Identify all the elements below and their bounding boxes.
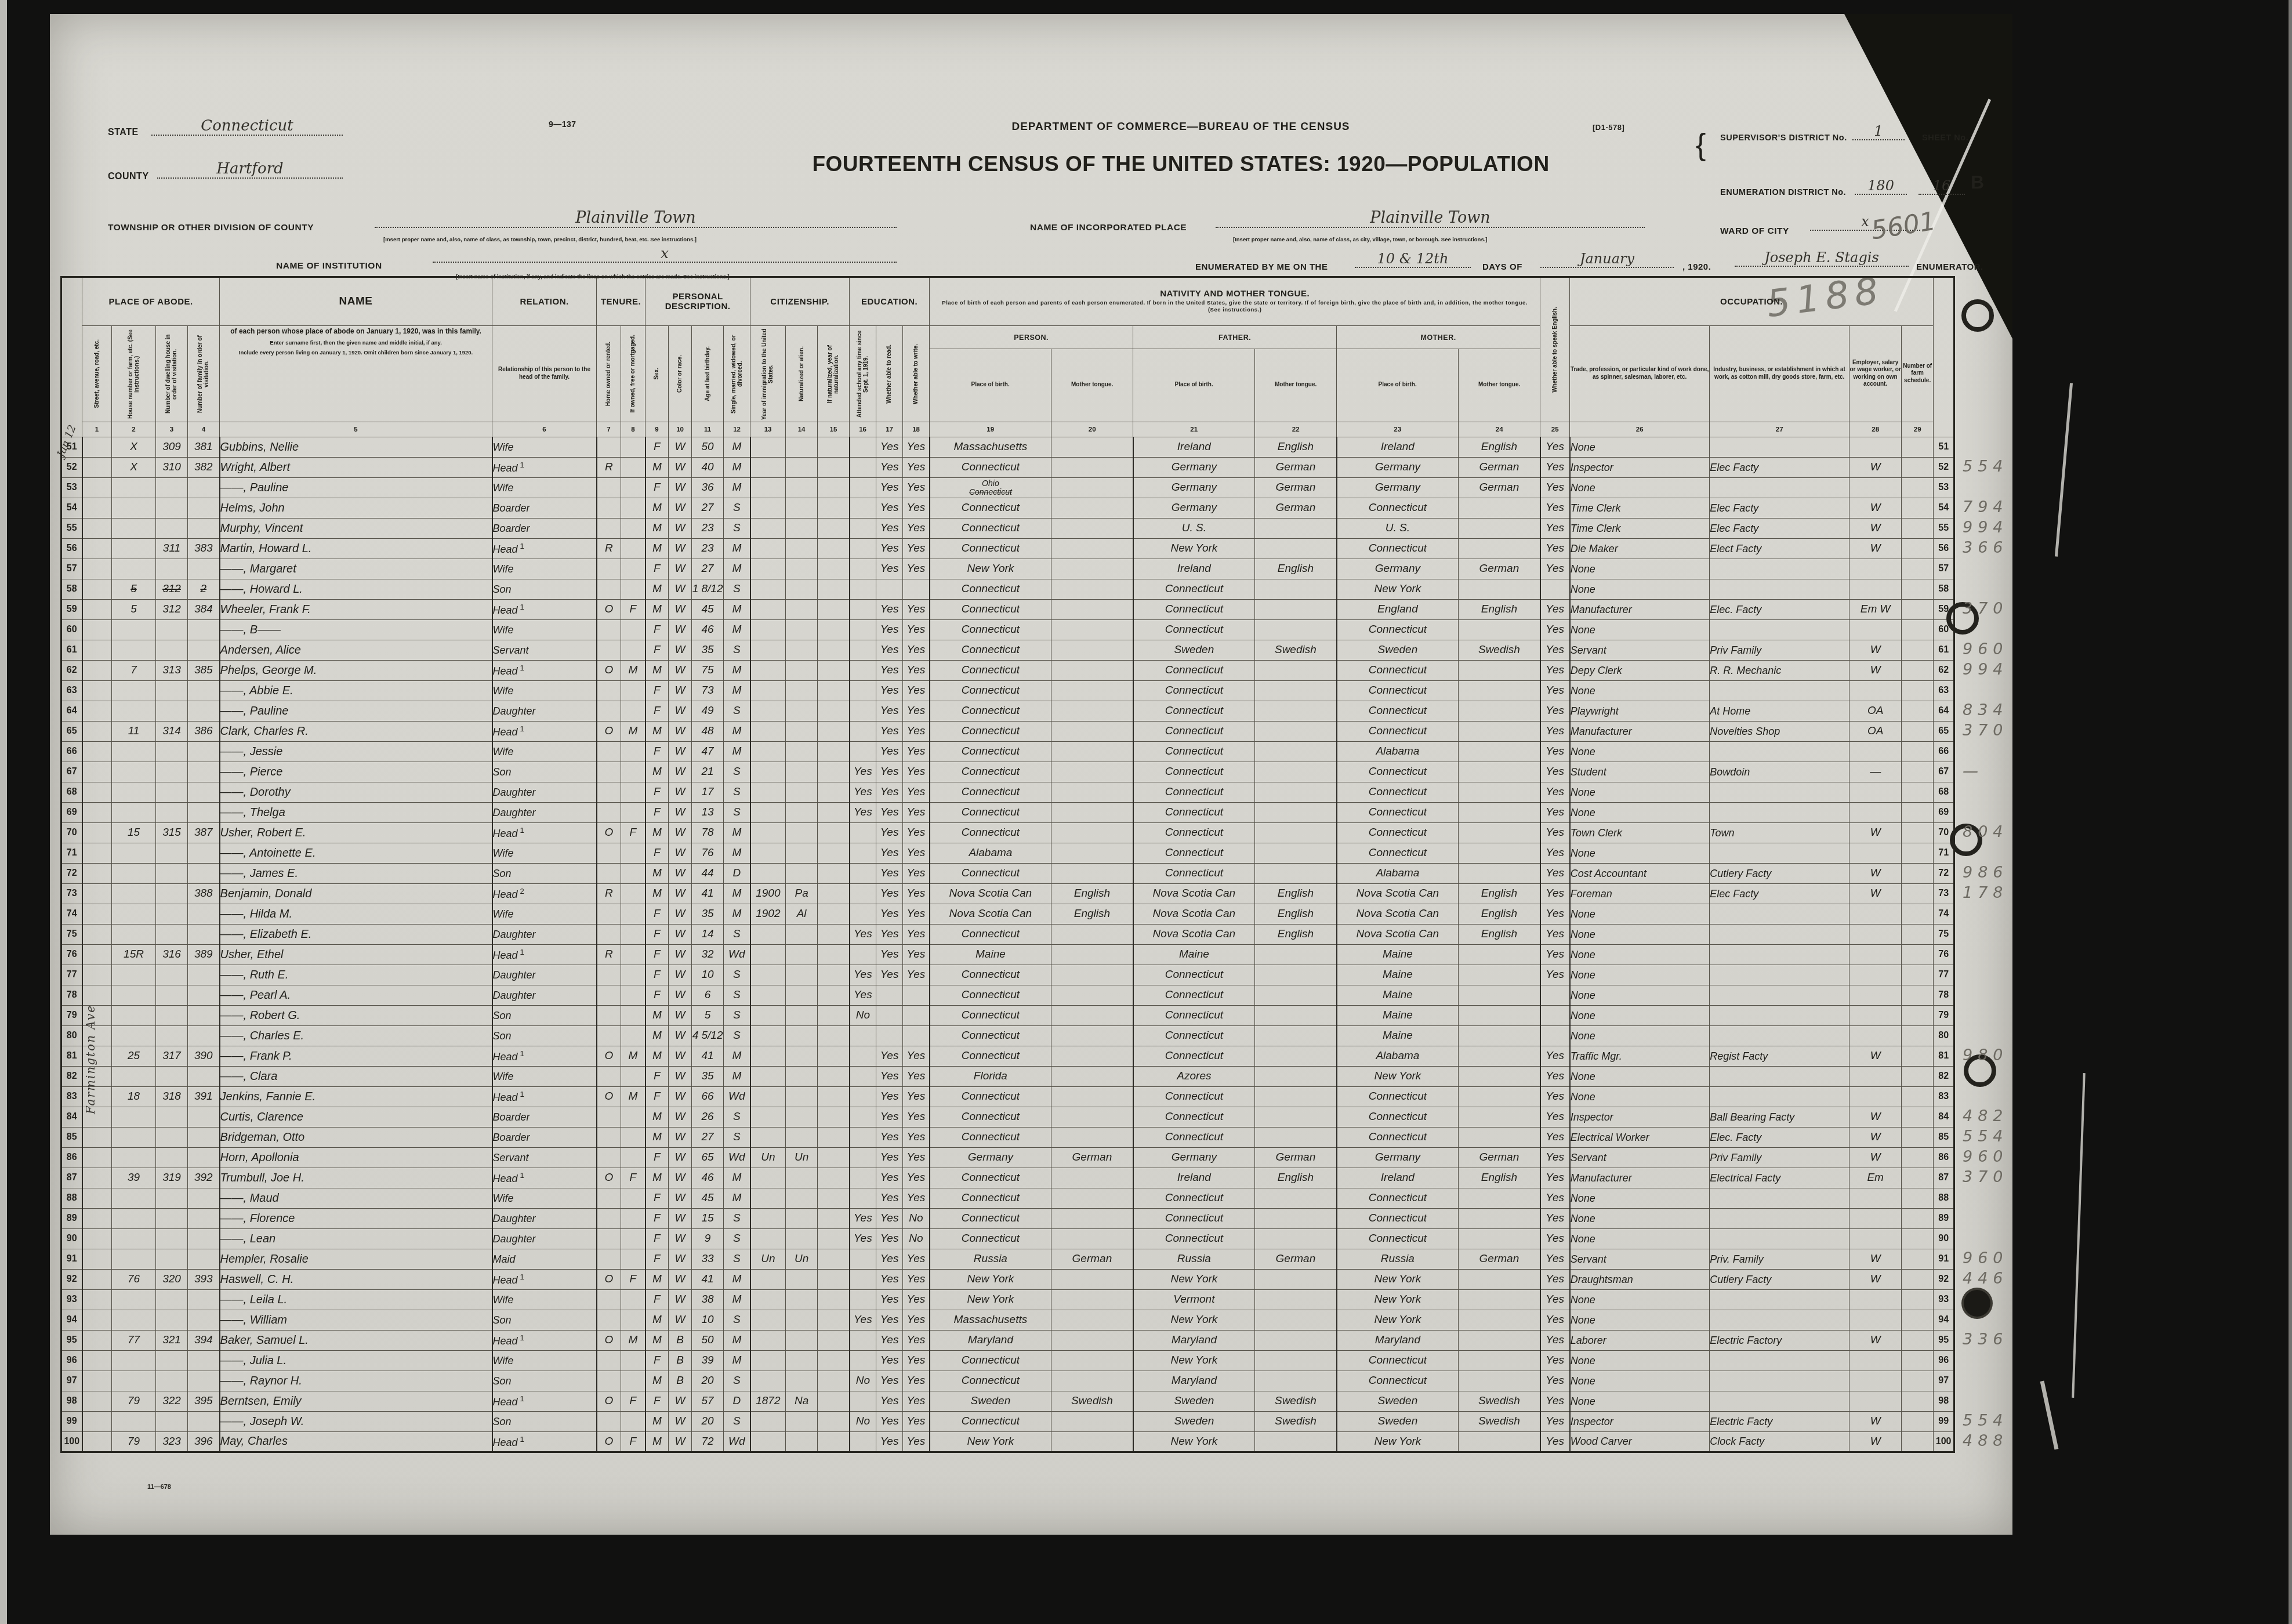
- nativity-leaf: Place of birth.: [1133, 349, 1255, 422]
- cell-mt: [1051, 559, 1133, 579]
- cell-wr: Yes: [903, 1331, 930, 1351]
- cell-ms: M: [724, 742, 750, 762]
- cell-dw: 318: [156, 1087, 188, 1107]
- cell-wr: Yes: [903, 925, 930, 945]
- cell-ft: [1255, 1026, 1337, 1046]
- cell-as: Yes: [850, 803, 876, 823]
- cell-as: Yes: [850, 965, 876, 985]
- cell-ms: S: [724, 1229, 750, 1249]
- cell-na: [786, 498, 818, 519]
- cell-ft: English: [1255, 559, 1337, 579]
- cell-en: Yes: [1540, 823, 1570, 843]
- line-number-right: 90: [1934, 1229, 1954, 1249]
- cell-ins: [1710, 1229, 1849, 1249]
- line-number-header-right: [1934, 277, 1954, 437]
- head-tally: 1: [520, 1171, 524, 1180]
- cell-fa: [188, 559, 220, 579]
- cell-fs: [1902, 884, 1934, 904]
- cell-en: Yes: [1540, 681, 1570, 701]
- cell-mo: [1459, 722, 1540, 742]
- cell-ft: [1255, 661, 1337, 681]
- cell-mt: [1051, 722, 1133, 742]
- cell-st: [82, 843, 112, 864]
- line-number-left: 62: [61, 661, 82, 681]
- cell-ft: [1255, 1270, 1337, 1290]
- cell-ag: 15: [692, 1209, 724, 1229]
- cell-cr: W: [669, 823, 692, 843]
- cell-ms: S: [724, 1107, 750, 1128]
- col-desc-c29: Number of farm schedule.: [1902, 326, 1934, 422]
- cell-sx: M: [645, 1432, 669, 1452]
- cell-pb: Connecticut: [930, 823, 1051, 843]
- cell-dw: [156, 1067, 188, 1087]
- table-row: 66——, JessieWifeFW47MYesYesConnecticutCo…: [61, 742, 1954, 762]
- cell-ft: [1255, 1067, 1337, 1087]
- cell-rl: Daughter: [492, 1209, 597, 1229]
- cell-rd: Yes: [876, 1310, 903, 1331]
- cell-t2: [621, 1229, 645, 1249]
- cell-en: Yes: [1540, 762, 1570, 782]
- pencil-code: 960: [1963, 640, 2008, 658]
- cell-dw: [156, 1371, 188, 1391]
- enumerated-dates: 10 & 12th: [1355, 251, 1471, 268]
- cell-rl: Son: [492, 1310, 597, 1331]
- cell-rd: Yes: [876, 762, 903, 782]
- cell-wr: Yes: [903, 1188, 930, 1209]
- cell-nm: Usher, Ethel: [220, 945, 492, 965]
- cell-ny: [818, 864, 850, 884]
- cell-mt: [1051, 1087, 1133, 1107]
- cell-mt: [1051, 478, 1133, 498]
- cell-mo: [1459, 1006, 1540, 1026]
- cell-mt: [1051, 1128, 1133, 1148]
- cell-rd: Yes: [876, 1188, 903, 1209]
- cell-mb: Connecticut: [1337, 661, 1459, 681]
- cell-hn: [112, 559, 156, 579]
- cell-fa: [188, 864, 220, 884]
- cell-em: W: [1849, 1331, 1902, 1351]
- cell-ft: [1255, 762, 1337, 782]
- cell-dw: 323: [156, 1432, 188, 1452]
- cell-dw: 314: [156, 722, 188, 742]
- cell-hn: 79: [112, 1432, 156, 1452]
- cell-mb: Alabama: [1337, 1046, 1459, 1067]
- cell-fs: [1902, 1188, 1934, 1209]
- cell-ft: German: [1255, 498, 1337, 519]
- cell-en: Yes: [1540, 925, 1570, 945]
- cell-fs: [1902, 1391, 1934, 1412]
- cell-oc: Inspector: [1570, 458, 1710, 478]
- cell-ft: [1255, 965, 1337, 985]
- cell-ny: [818, 1026, 850, 1046]
- cell-na: Na: [786, 1391, 818, 1412]
- cell-mo: Swedish: [1459, 640, 1540, 661]
- table-row: 60——, B——WifeFW46MYesYesConnecticutConne…: [61, 620, 1954, 640]
- cell-wr: Yes: [903, 1067, 930, 1087]
- cell-fs: [1902, 437, 1934, 458]
- cell-fa: [188, 1229, 220, 1249]
- cell-ins: At Home: [1710, 701, 1849, 722]
- cell-fa: [188, 843, 220, 864]
- cell-oc: None: [1570, 1188, 1710, 1209]
- cell-mo: [1459, 1310, 1540, 1331]
- cell-t2: [621, 762, 645, 782]
- cell-mt: [1051, 1107, 1133, 1128]
- cell-st: [82, 559, 112, 579]
- cell-hn: [112, 1290, 156, 1310]
- cell-em: W: [1849, 1107, 1902, 1128]
- cell-yi: [750, 559, 786, 579]
- cell-ms: M: [724, 1067, 750, 1087]
- line-number-left: 86: [61, 1148, 82, 1168]
- cell-ag: 35: [692, 640, 724, 661]
- cell-ms: S: [724, 1412, 750, 1432]
- column-number: 12: [724, 422, 750, 437]
- nativity-leaf: Place of birth.: [1337, 349, 1459, 422]
- enumerator-signature: Joseph E. Stagis: [1735, 249, 1909, 267]
- cell-na: [786, 458, 818, 478]
- cell-sx: F: [645, 1188, 669, 1209]
- cell-ms: S: [724, 1128, 750, 1148]
- table-row: 93——, Leila L.WifeFW38MYesYesNew YorkVer…: [61, 1290, 1954, 1310]
- cell-yi: [750, 945, 786, 965]
- cell-nm: Curtis, Clarence: [220, 1107, 492, 1128]
- cell-st: [82, 823, 112, 843]
- cell-ft: Swedish: [1255, 1391, 1337, 1412]
- cell-pb: Massachusetts: [930, 1310, 1051, 1331]
- cell-rd: Yes: [876, 1432, 903, 1452]
- cell-pb: Connecticut: [930, 1026, 1051, 1046]
- cell-dw: [156, 925, 188, 945]
- cell-yi: [750, 1290, 786, 1310]
- cell-sx: F: [645, 681, 669, 701]
- line-number-right: 86: [1934, 1148, 1954, 1168]
- cell-rl: Head1: [492, 1331, 597, 1351]
- cell-t2: [621, 1412, 645, 1432]
- supervisor-value: 1: [1852, 123, 1905, 140]
- cell-as: [850, 1188, 876, 1209]
- head-tally: 2: [520, 887, 524, 896]
- cell-nm: ——, Thelga: [220, 803, 492, 823]
- column-number: 16: [850, 422, 876, 437]
- cell-yi: [750, 539, 786, 559]
- form-footer-code: 11—678: [147, 1484, 171, 1491]
- table-row: 9577321394Baker, Samuel L.Head1OMMB50MYe…: [61, 1331, 1954, 1351]
- column-desc: If owned, free or mortgaged.: [630, 335, 636, 412]
- line-number-left: 51: [61, 437, 82, 458]
- cell-cr: W: [669, 458, 692, 478]
- cell-oc: Draughtsman: [1570, 1270, 1710, 1290]
- cell-ny: [818, 1331, 850, 1351]
- cell-fb: Connecticut: [1133, 701, 1255, 722]
- cell-pb: Connecticut: [930, 498, 1051, 519]
- cell-nm: ——, Pierce: [220, 762, 492, 782]
- cell-pb: New York: [930, 1290, 1051, 1310]
- enumerated-label: ENUMERATED BY ME ON THE: [1195, 262, 1328, 272]
- cell-em: [1849, 437, 1902, 458]
- cell-ny: [818, 722, 850, 742]
- column-desc: Number of dwelling house in order of vis…: [165, 328, 178, 420]
- cell-fa: [188, 1067, 220, 1087]
- cell-oc: None: [1570, 803, 1710, 823]
- cell-hn: [112, 1026, 156, 1046]
- cell-t2: M: [621, 1331, 645, 1351]
- cell-pb: Connecticut: [930, 1046, 1051, 1067]
- cell-fa: [188, 803, 220, 823]
- cell-ag: 23: [692, 519, 724, 539]
- cell-sx: M: [645, 579, 669, 600]
- cell-mb: Connecticut: [1337, 1209, 1459, 1229]
- cell-ft: [1255, 1087, 1337, 1107]
- cell-t1: [597, 519, 621, 539]
- cell-t1: [597, 1249, 621, 1270]
- pencil-code: 178: [1963, 884, 2008, 902]
- name-desc-line: Enter surname first, then the given name…: [227, 340, 485, 347]
- line-number-right: 63: [1934, 681, 1954, 701]
- column-number: 4: [188, 422, 220, 437]
- cell-ins: [1710, 620, 1849, 640]
- cell-fa: [188, 1290, 220, 1310]
- place-value: Plainville Town: [1216, 209, 1645, 228]
- cell-sx: F: [645, 945, 669, 965]
- cell-st: [82, 742, 112, 762]
- cell-rl: Head2: [492, 884, 597, 904]
- cell-ins: [1710, 579, 1849, 600]
- cell-fs: [1902, 1351, 1934, 1371]
- cell-sx: M: [645, 762, 669, 782]
- cell-na: [786, 681, 818, 701]
- cell-rl: Head1: [492, 1270, 597, 1290]
- cell-ft: English: [1255, 884, 1337, 904]
- cell-mb: Sweden: [1337, 640, 1459, 661]
- cell-rl: Wife: [492, 620, 597, 640]
- cell-fa: [188, 965, 220, 985]
- cell-oc: Time Clerk: [1570, 498, 1710, 519]
- cell-ag: 66: [692, 1087, 724, 1107]
- cell-hn: [112, 1188, 156, 1209]
- table-row: 78——, Pearl A.DaughterFW6SYesConnecticut…: [61, 985, 1954, 1006]
- cell-mb: Nova Scotia Can: [1337, 925, 1459, 945]
- cell-mb: New York: [1337, 1432, 1459, 1452]
- cell-wr: Yes: [903, 1107, 930, 1128]
- cell-wr: Yes: [903, 945, 930, 965]
- cell-fa: [188, 1026, 220, 1046]
- punch-hole-icon: [1964, 1290, 1990, 1317]
- table-row: 77——, Ruth E.DaughterFW10SYesYesYesConne…: [61, 965, 1954, 985]
- cell-em: W: [1849, 1249, 1902, 1270]
- cell-wr: Yes: [903, 620, 930, 640]
- cell-fa: 395: [188, 1391, 220, 1412]
- cell-ag: 49: [692, 701, 724, 722]
- cell-t1: [597, 904, 621, 925]
- cell-en: Yes: [1540, 904, 1570, 925]
- cell-em: [1849, 1087, 1902, 1107]
- cell-cr: W: [669, 965, 692, 985]
- cell-en: Yes: [1540, 458, 1570, 478]
- line-number-left: 94: [61, 1310, 82, 1331]
- table-row: 74——, Hilda M.WifeFW35M1902AlYesYesNova …: [61, 904, 1954, 925]
- line-number-right: 73: [1934, 884, 1954, 904]
- cell-cr: W: [669, 742, 692, 762]
- cell-hn: [112, 904, 156, 925]
- cell-sx: F: [645, 965, 669, 985]
- cell-fs: [1902, 1087, 1934, 1107]
- cell-ny: [818, 843, 850, 864]
- cell-st: [82, 1331, 112, 1351]
- cell-mo: Swedish: [1459, 1391, 1540, 1412]
- cell-mb: New York: [1337, 1290, 1459, 1310]
- cell-en: Yes: [1540, 1107, 1570, 1128]
- cell-ins: Electrical Facty: [1710, 1168, 1849, 1188]
- col-desc-c10: Color or race.: [669, 326, 692, 422]
- cell-wr: Yes: [903, 661, 930, 681]
- cell-em: W: [1849, 1128, 1902, 1148]
- cell-t1: O: [597, 722, 621, 742]
- cell-oc: Laborer: [1570, 1331, 1710, 1351]
- sheet-label: SHEET No.: [1922, 133, 1968, 143]
- cell-mb: Nova Scotia Can: [1337, 904, 1459, 925]
- cell-nm: Andersen, Alice: [220, 640, 492, 661]
- cell-cr: W: [669, 762, 692, 782]
- cell-cr: W: [669, 661, 692, 681]
- cell-st: [82, 722, 112, 742]
- cell-oc: Foreman: [1570, 884, 1710, 904]
- cell-fs: [1902, 1310, 1934, 1331]
- cell-rd: Yes: [876, 1290, 903, 1310]
- cell-ms: M: [724, 539, 750, 559]
- cell-ag: 5: [692, 1006, 724, 1026]
- line-number-left: 70: [61, 823, 82, 843]
- cell-sx: F: [645, 904, 669, 925]
- cell-mt: [1051, 579, 1133, 600]
- cell-ins: [1710, 1067, 1849, 1087]
- cell-wr: Yes: [903, 904, 930, 925]
- cell-ny: [818, 925, 850, 945]
- pencil-code: 488: [1963, 1432, 2008, 1450]
- cell-fa: [188, 1209, 220, 1229]
- cell-hn: [112, 843, 156, 864]
- cell-t1: [597, 1229, 621, 1249]
- col-desc-c8: If owned, free or mortgaged.: [621, 326, 645, 422]
- cell-pb: Germany: [930, 1148, 1051, 1168]
- cell-na: [786, 1229, 818, 1249]
- township-note: [Insert proper name and, also, name of c…: [383, 237, 697, 243]
- cell-wr: Yes: [903, 864, 930, 884]
- cell-na: [786, 1270, 818, 1290]
- cell-em: —: [1849, 762, 1902, 782]
- cell-nm: ——, Charles E.: [220, 1026, 492, 1046]
- cell-mo: [1459, 1351, 1540, 1371]
- cell-as: [850, 1249, 876, 1270]
- cell-yi: [750, 1046, 786, 1067]
- cell-en: [1540, 1026, 1570, 1046]
- cell-ft: [1255, 742, 1337, 762]
- line-number-left: 73: [61, 884, 82, 904]
- cell-mo: [1459, 1067, 1540, 1087]
- cell-sx: F: [645, 1229, 669, 1249]
- cell-dw: [156, 498, 188, 519]
- cell-en: Yes: [1540, 1412, 1570, 1432]
- cell-fs: [1902, 722, 1934, 742]
- cell-rd: Yes: [876, 722, 903, 742]
- column-desc: Whether able to read.: [886, 345, 893, 404]
- cell-en: Yes: [1540, 539, 1570, 559]
- cell-cr: W: [669, 1026, 692, 1046]
- cell-hn: [112, 782, 156, 803]
- cell-dw: [156, 559, 188, 579]
- cell-mt: [1051, 1351, 1133, 1371]
- cell-fb: New York: [1133, 1310, 1255, 1331]
- cell-mt: [1051, 1270, 1133, 1290]
- cell-yi: 1902: [750, 904, 786, 925]
- cell-rd: Yes: [876, 437, 903, 458]
- cell-t2: [621, 1128, 645, 1148]
- cell-ag: 46: [692, 1168, 724, 1188]
- table-row: 72——, James E.SonMW44DYesYesConnecticutC…: [61, 864, 1954, 884]
- cell-fs: [1902, 904, 1934, 925]
- cell-t1: [597, 437, 621, 458]
- cell-mb: Connecticut: [1337, 762, 1459, 782]
- cell-ny: [818, 1290, 850, 1310]
- cell-hn: [112, 1107, 156, 1128]
- cell-pb: Connecticut: [930, 1087, 1051, 1107]
- line-number-left: 67: [61, 762, 82, 782]
- cell-dw: [156, 681, 188, 701]
- cell-na: [786, 620, 818, 640]
- cell-ag: 14: [692, 925, 724, 945]
- cell-fb: Germany: [1133, 1148, 1255, 1168]
- cell-ft: [1255, 1188, 1337, 1209]
- cell-st: [82, 884, 112, 904]
- cell-ft: [1255, 985, 1337, 1006]
- place-label: NAME OF INCORPORATED PLACE: [1030, 223, 1187, 233]
- col-desc-c28: Employer, salary or wage worker, or work…: [1849, 326, 1902, 422]
- cell-yi: [750, 458, 786, 478]
- cell-fs: [1902, 1371, 1934, 1391]
- cell-ft: [1255, 579, 1337, 600]
- cell-ag: 23: [692, 539, 724, 559]
- cell-dw: [156, 1006, 188, 1026]
- cell-en: Yes: [1540, 478, 1570, 498]
- cell-pb: Connecticut: [930, 1351, 1051, 1371]
- cell-en: Yes: [1540, 1391, 1570, 1412]
- cell-na: [786, 925, 818, 945]
- cell-fs: [1902, 1209, 1934, 1229]
- cell-wr: Yes: [903, 1046, 930, 1067]
- cell-rd: Yes: [876, 681, 903, 701]
- cell-em: [1849, 1188, 1902, 1209]
- group-label: TENURE.: [597, 297, 645, 307]
- cell-rl: Head1: [492, 1087, 597, 1107]
- line-number-left: 81: [61, 1046, 82, 1067]
- column-desc: Naturalized or alien.: [799, 346, 805, 401]
- table-row: 57——, MargaretWifeFW27MYesYesNew YorkIre…: [61, 559, 1954, 579]
- cell-as: [850, 1290, 876, 1310]
- cell-dw: [156, 803, 188, 823]
- cell-rd: Yes: [876, 1371, 903, 1391]
- cell-t2: [621, 620, 645, 640]
- cell-ny: [818, 498, 850, 519]
- cell-t2: M: [621, 1087, 645, 1107]
- line-number-right: 66: [1934, 742, 1954, 762]
- table-row: 68——, DorothyDaughterFW17SYesYesYesConne…: [61, 782, 1954, 803]
- cell-mo: [1459, 579, 1540, 600]
- line-number-left: 57: [61, 559, 82, 579]
- line-number-right: 94: [1934, 1310, 1954, 1331]
- days-of-label: DAYS OF: [1482, 262, 1522, 272]
- cell-pb: Connecticut: [930, 519, 1051, 539]
- table-row: 96——, Julia L.WifeFB39MYesYesConnecticut…: [61, 1351, 1954, 1371]
